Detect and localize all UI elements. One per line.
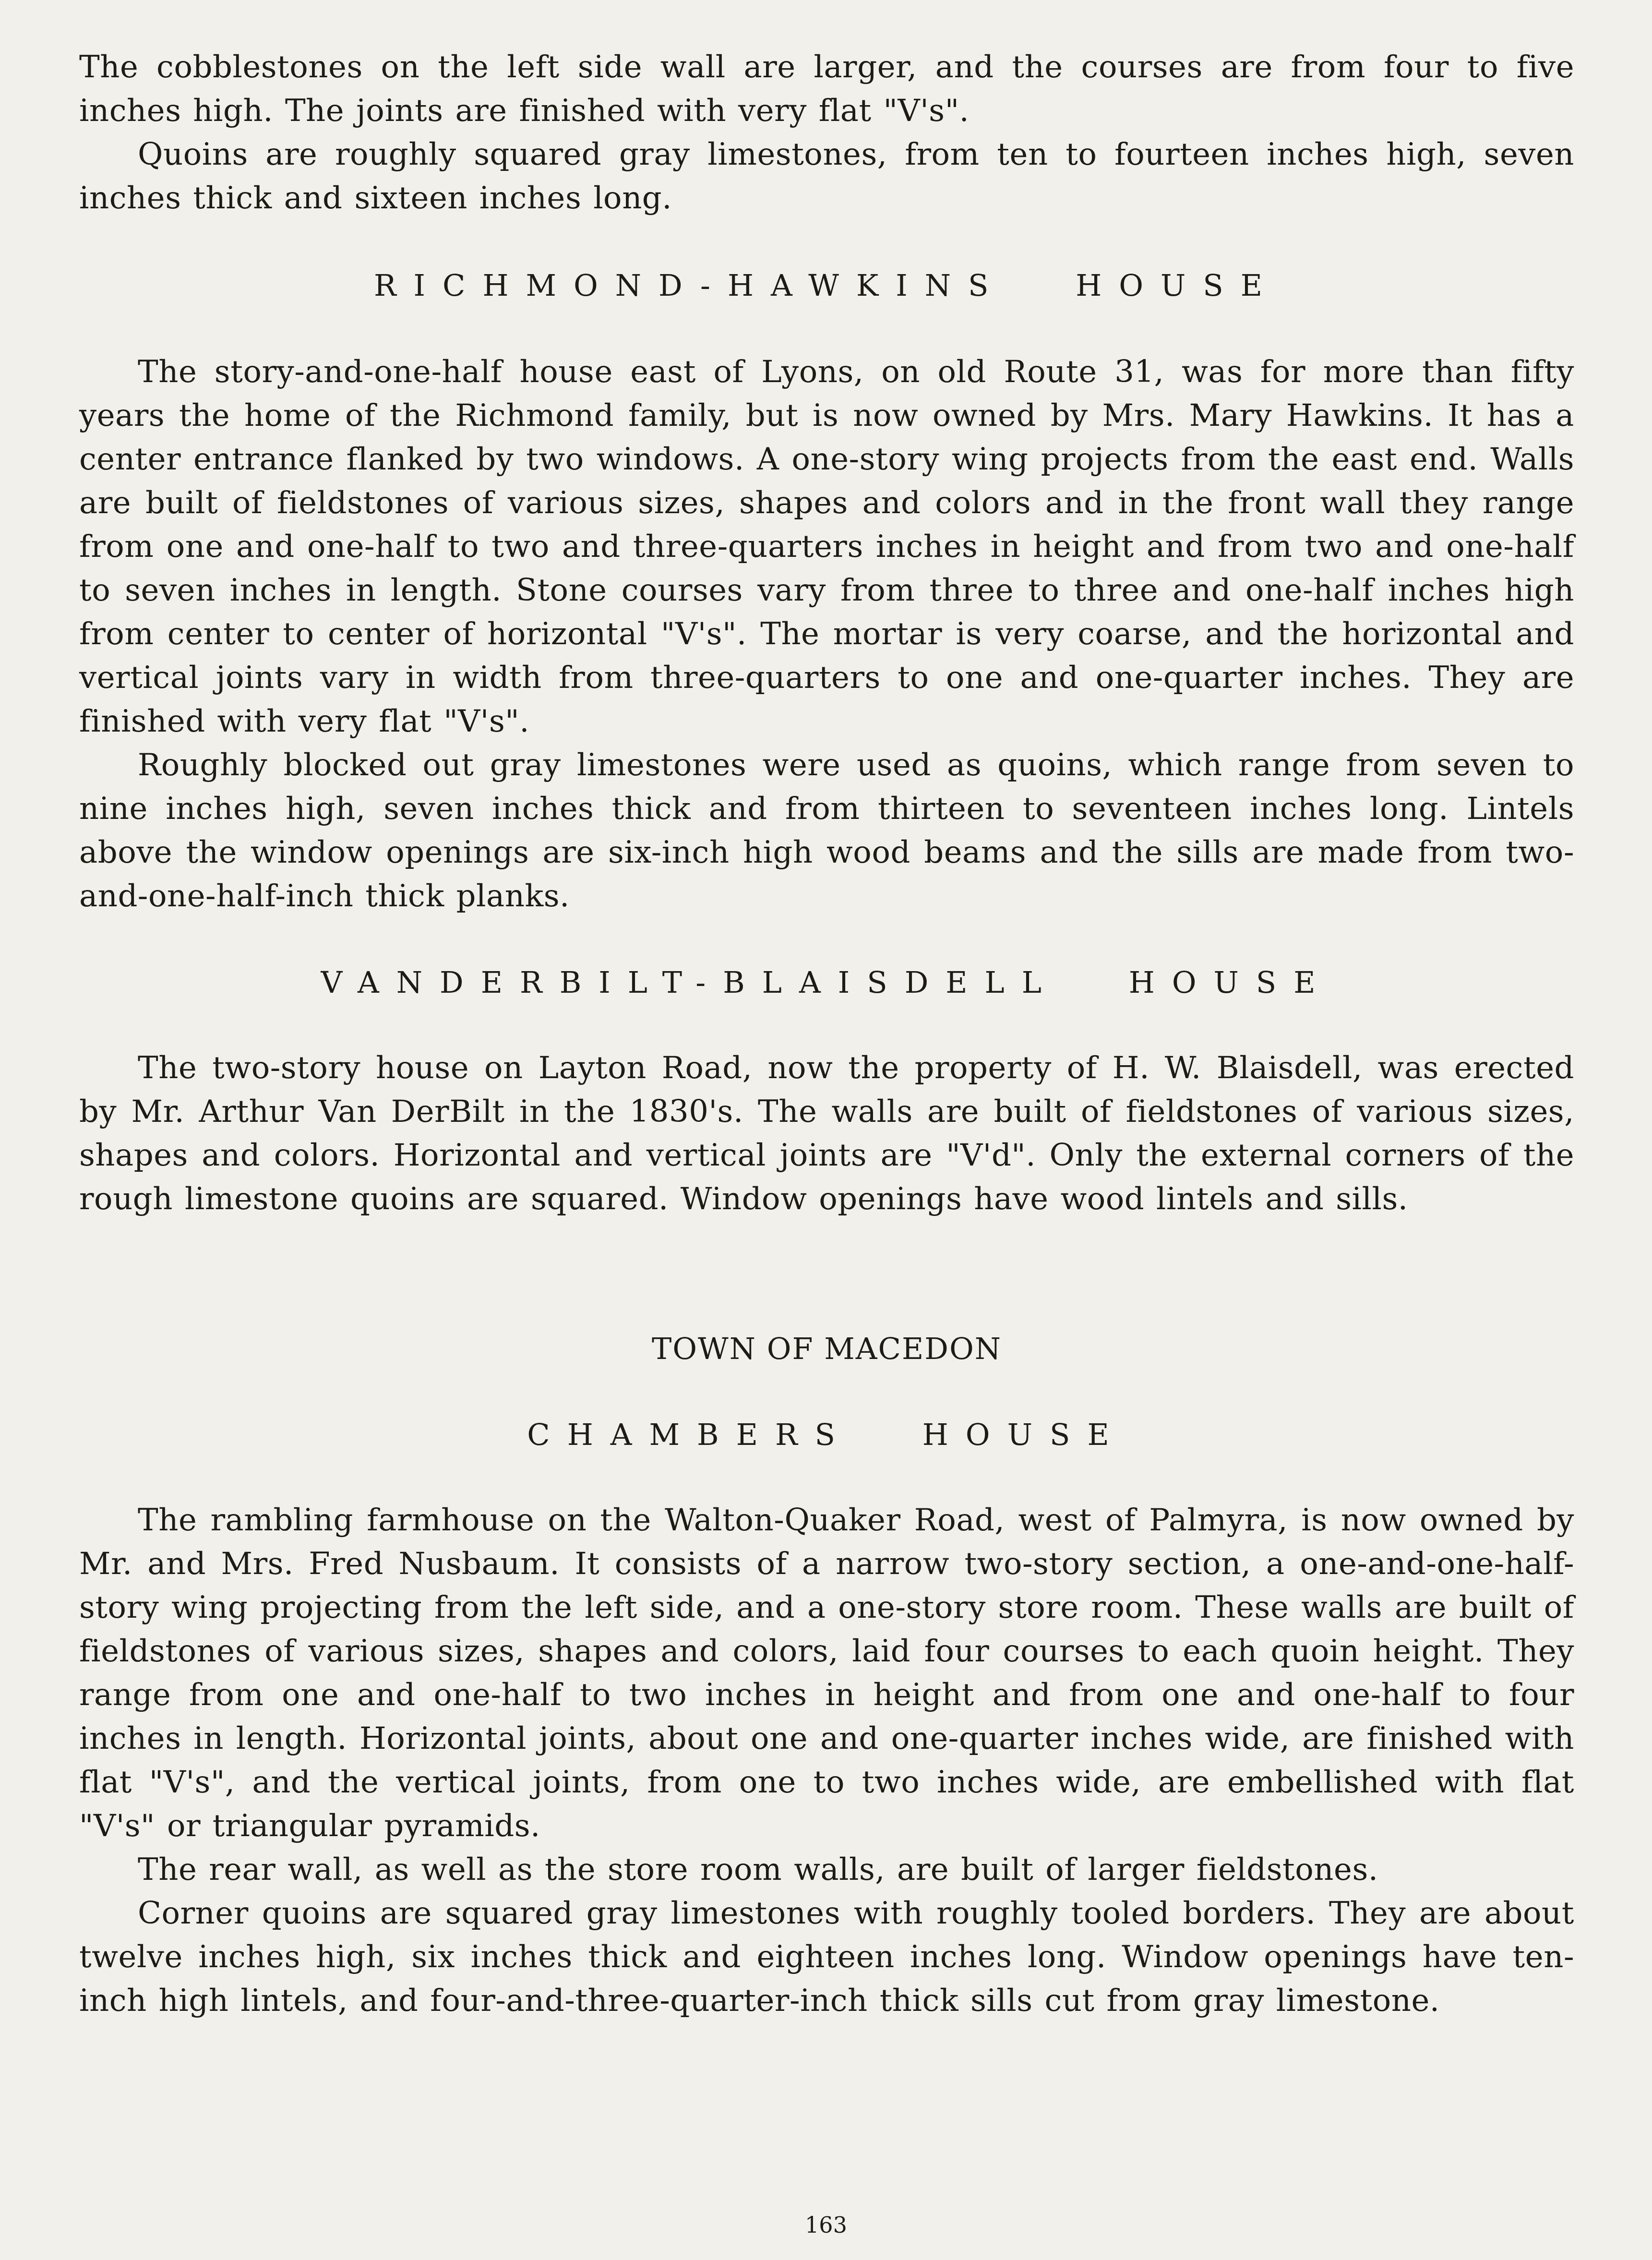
page-number: 163	[0, 2211, 1652, 2239]
richmond-hawkins-paragraph-1: The story-and-one-half house east of Lyo…	[79, 350, 1574, 744]
town-heading-macedon: TOWN OF MACEDON	[79, 1327, 1574, 1370]
intro-paragraph-2: Quoins are roughly squared gray limeston…	[79, 133, 1574, 220]
chambers-paragraph-1: The rambling farmhouse on the Walton-Qua…	[79, 1499, 1574, 1848]
chambers-paragraph-2: The rear wall, as well as the store room…	[79, 1848, 1574, 1892]
richmond-hawkins-paragraph-2: Roughly blocked out gray limestones were…	[79, 744, 1574, 918]
intro-paragraph-1: The cobblestones on the left side wall a…	[79, 46, 1574, 133]
section-heading-richmond-hawkins: RICHMOND-HAWKINS HOUSE	[79, 264, 1574, 307]
section-heading-vanderbilt-blaisdell: VANDERBILT-BLAISDELL HOUSE	[79, 961, 1574, 1004]
vanderbilt-blaisdell-paragraph-1: The two-story house on Layton Road, now …	[79, 1046, 1574, 1221]
page-body: The cobblestones on the left side wall a…	[79, 46, 1574, 2023]
chambers-paragraph-3: Corner quoins are squared gray limestone…	[79, 1892, 1574, 2023]
section-heading-chambers: CHAMBERS HOUSE	[79, 1413, 1574, 1456]
